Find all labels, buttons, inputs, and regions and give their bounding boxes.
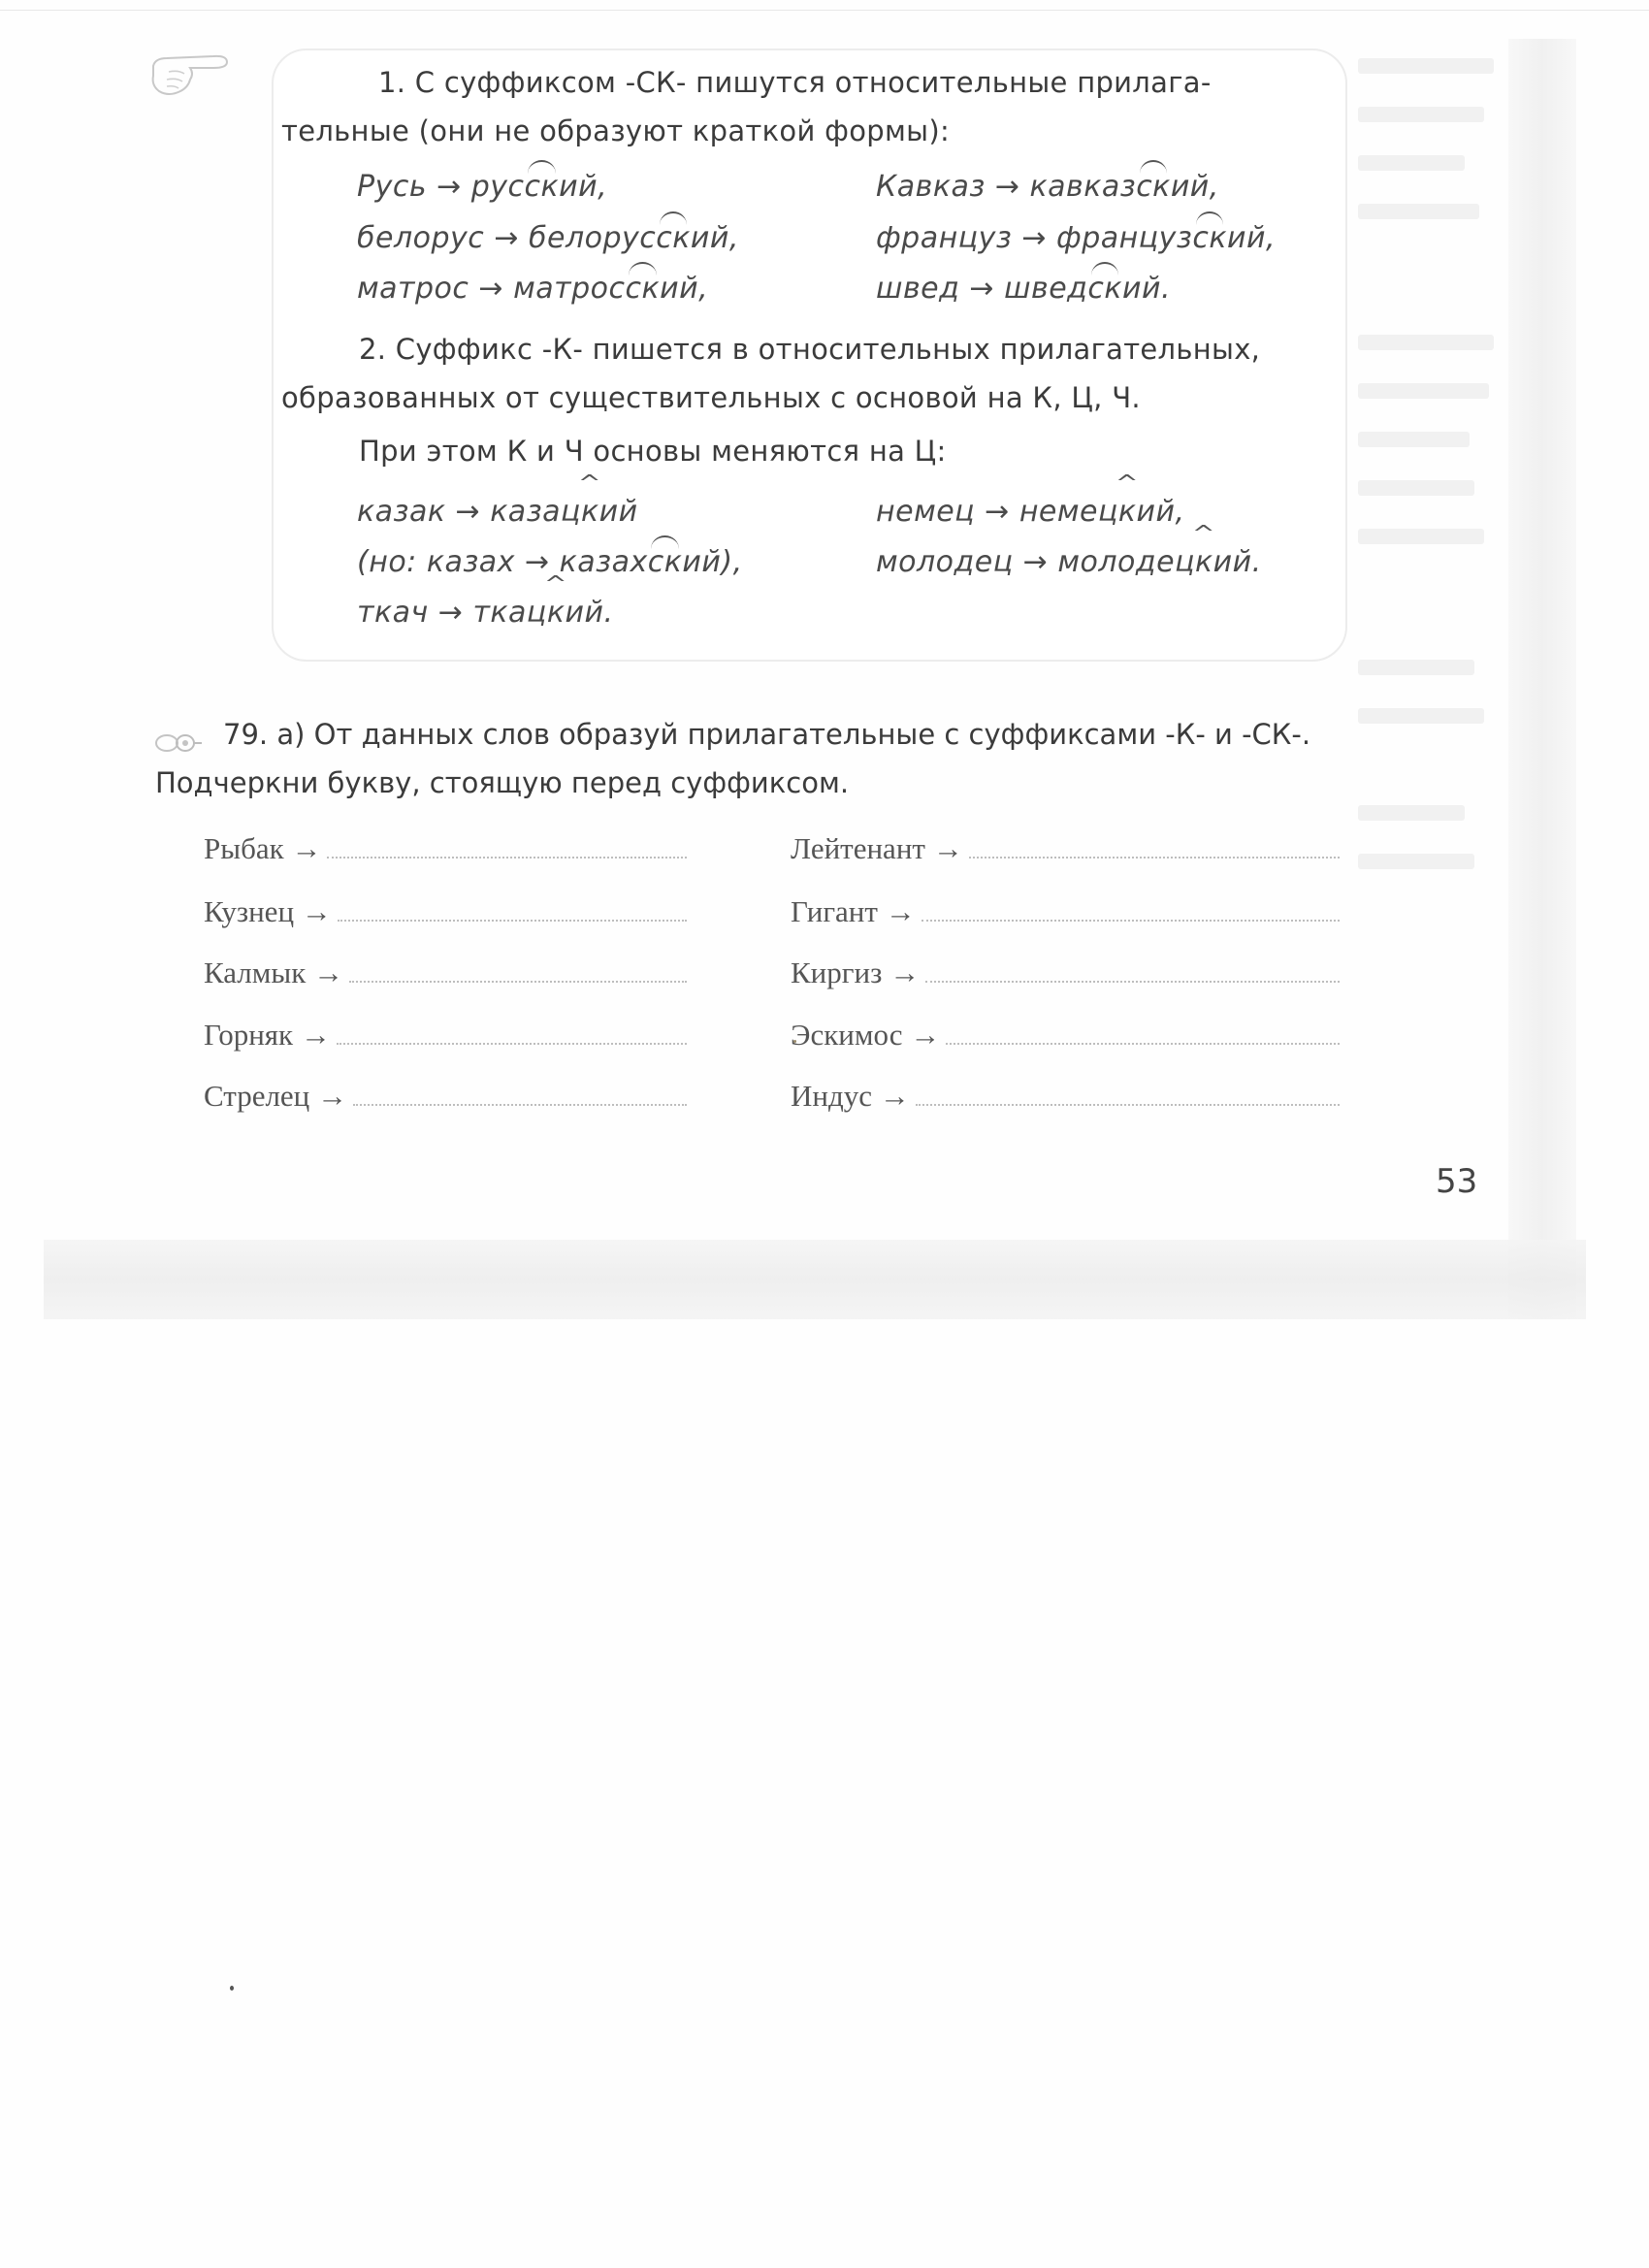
example-derivation: матрос → матросский, xyxy=(357,272,708,306)
exercise-word-row: Рыбак → xyxy=(204,831,687,866)
example-prefix: (но: xyxy=(357,545,427,579)
answer-blank[interactable] xyxy=(916,1103,1340,1106)
answer-blank[interactable] xyxy=(353,1103,687,1106)
suffix-mark: ск xyxy=(648,545,683,579)
answer-blank[interactable] xyxy=(969,856,1340,859)
example-stem: матрос xyxy=(513,272,625,306)
example-stem: кавказ xyxy=(1030,170,1137,204)
answer-blank[interactable] xyxy=(337,1042,687,1045)
exercise-word: Киргиз → xyxy=(791,956,920,989)
example-stem: казах xyxy=(560,545,648,579)
exercise-word: Гигант → xyxy=(791,894,916,928)
example-derivation: белорус → белорусский, xyxy=(357,221,739,255)
example-ending: ий, xyxy=(691,221,739,255)
suffix-mark: к xyxy=(581,495,599,529)
exercise-word: Индус → xyxy=(791,1079,910,1113)
exercise-word-row: Лейтенант → xyxy=(791,831,1340,866)
answer-blank[interactable] xyxy=(925,980,1340,983)
scan-speck xyxy=(793,1040,796,1043)
example-ending: ий), xyxy=(682,545,742,579)
answer-blank[interactable] xyxy=(338,919,687,922)
suffix-mark: ск xyxy=(525,170,560,204)
arrow-icon: → xyxy=(436,170,471,204)
exercise-word: Рыбак → xyxy=(204,831,321,865)
example-base-word: белорус xyxy=(357,221,494,255)
example-base-word: Русь xyxy=(357,170,436,204)
example-derivation: Кавказ → кавказский, xyxy=(876,170,1219,204)
example-ending: ий. xyxy=(1122,272,1171,306)
example-base-word: француз xyxy=(876,221,1021,255)
example-derivation: француз → французский, xyxy=(876,221,1276,255)
scan-top-edge xyxy=(0,10,1649,11)
example-base-word: Кавказ xyxy=(876,170,995,204)
exercise-word: Эскимос → xyxy=(791,1018,940,1052)
suffix-mark: ск xyxy=(1192,221,1227,255)
exercise-word-row: Калмык → xyxy=(204,956,687,990)
page-number: 53 xyxy=(1436,1162,1477,1201)
example-base-word: молодец xyxy=(876,545,1023,579)
exercise-word: Калмык → xyxy=(204,956,343,989)
example-base-word: казах xyxy=(427,545,525,579)
suffix-mark: ск xyxy=(626,272,661,306)
arrow-icon: → xyxy=(1023,545,1058,579)
example-stem: молодец xyxy=(1057,545,1195,579)
example-derivation: Русь → русский, xyxy=(357,170,607,204)
exercise-word-row: Гигант → xyxy=(791,894,1340,929)
arrow-icon: → xyxy=(438,596,473,630)
pointing-hand-icon xyxy=(145,47,238,100)
arrow-icon: → xyxy=(494,221,529,255)
example-stem: белорус xyxy=(529,221,656,255)
suffix-mark: к xyxy=(547,596,566,630)
arrow-icon: → xyxy=(1021,221,1056,255)
exercise-word-row: Эскимос → xyxy=(791,1018,1340,1053)
example-derivation: казак → казацкий xyxy=(357,495,638,529)
example-ending: ий, xyxy=(1227,221,1276,255)
scan-speck xyxy=(230,1986,234,1991)
example-ending: ий xyxy=(599,495,638,529)
example-base-word: казак xyxy=(357,495,456,529)
example-derivation: ткач → ткацкий. xyxy=(357,596,614,630)
example-base-word: матрос xyxy=(357,272,478,306)
arrow-icon: → xyxy=(985,495,1019,529)
exercise-word: Горняк → xyxy=(204,1018,331,1052)
example-ending: ий, xyxy=(1137,495,1185,529)
example-base-word: швед xyxy=(876,272,969,306)
exercise-word-row: Кузнец → xyxy=(204,894,687,929)
suffix-mark: к xyxy=(1195,545,1213,579)
bleed-through-bottom-band xyxy=(44,1240,1586,1319)
exercise-word-row: Киргиз → xyxy=(791,956,1340,990)
suffix-mark: ск xyxy=(656,221,691,255)
example-stem: рус xyxy=(471,170,525,204)
answer-blank[interactable] xyxy=(327,856,687,859)
exercise-word: Стрелец → xyxy=(204,1079,347,1113)
arrow-icon: → xyxy=(478,272,513,306)
example-base-word: ткач xyxy=(357,596,438,630)
answer-blank[interactable] xyxy=(946,1042,1340,1045)
arrow-icon: → xyxy=(456,495,491,529)
example-stem: ткац xyxy=(472,596,546,630)
example-stem: швед xyxy=(1004,272,1087,306)
rule1-line1: 1. С суффиксом -СК- пишутся относительны… xyxy=(378,66,1212,99)
rule2-line3: При этом К и Ч основы меняются на Ц: xyxy=(359,435,947,468)
exercise-word-row: Горняк → xyxy=(204,1018,687,1053)
example-stem: француз xyxy=(1056,221,1192,255)
rule1-line2: тельные (они не образуют краткой формы): xyxy=(281,114,950,147)
arrow-icon: → xyxy=(969,272,1004,306)
arrow-icon: → xyxy=(995,170,1030,204)
example-stem: казац xyxy=(490,495,581,529)
pair-work-icon xyxy=(153,731,204,755)
example-derivation: немец → немецкий, xyxy=(876,495,1185,529)
suffix-mark: ск xyxy=(1087,272,1122,306)
exercise-word: Лейтенант → xyxy=(791,831,963,865)
suffix-mark: ск xyxy=(1136,170,1171,204)
example-ending: ий. xyxy=(1213,545,1262,579)
exercise-instruction-line1: 79. а) От данных слов образуй прилагател… xyxy=(223,718,1310,751)
example-ending: ий, xyxy=(1171,170,1219,204)
rule2-line2: образованных от существительных с осново… xyxy=(281,381,1141,414)
exercise-instruction-line2: Подчеркни букву, стоящую перед суффиксом… xyxy=(155,766,849,799)
suffix-mark: к xyxy=(1118,495,1137,529)
answer-blank[interactable] xyxy=(349,980,687,983)
rule2-line1: 2. Суффикс -К- пишется в относительных п… xyxy=(359,333,1260,366)
exercise-word-row: Стрелец → xyxy=(204,1079,687,1114)
example-ending: ий, xyxy=(559,170,607,204)
example-derivation: швед → шведский. xyxy=(876,272,1171,306)
example-base-word: немец xyxy=(876,495,985,529)
exercise-word: Кузнец → xyxy=(204,894,332,928)
example-stem: немец xyxy=(1019,495,1118,529)
answer-blank[interactable] xyxy=(921,919,1340,922)
example-ending: ий. xyxy=(565,596,613,630)
exercise-word-row: Индус → xyxy=(791,1079,1340,1114)
bleed-through-right-band xyxy=(1508,39,1576,1319)
example-derivation: молодец → молодецкий. xyxy=(876,545,1262,579)
example-ending: ий, xyxy=(660,272,708,306)
